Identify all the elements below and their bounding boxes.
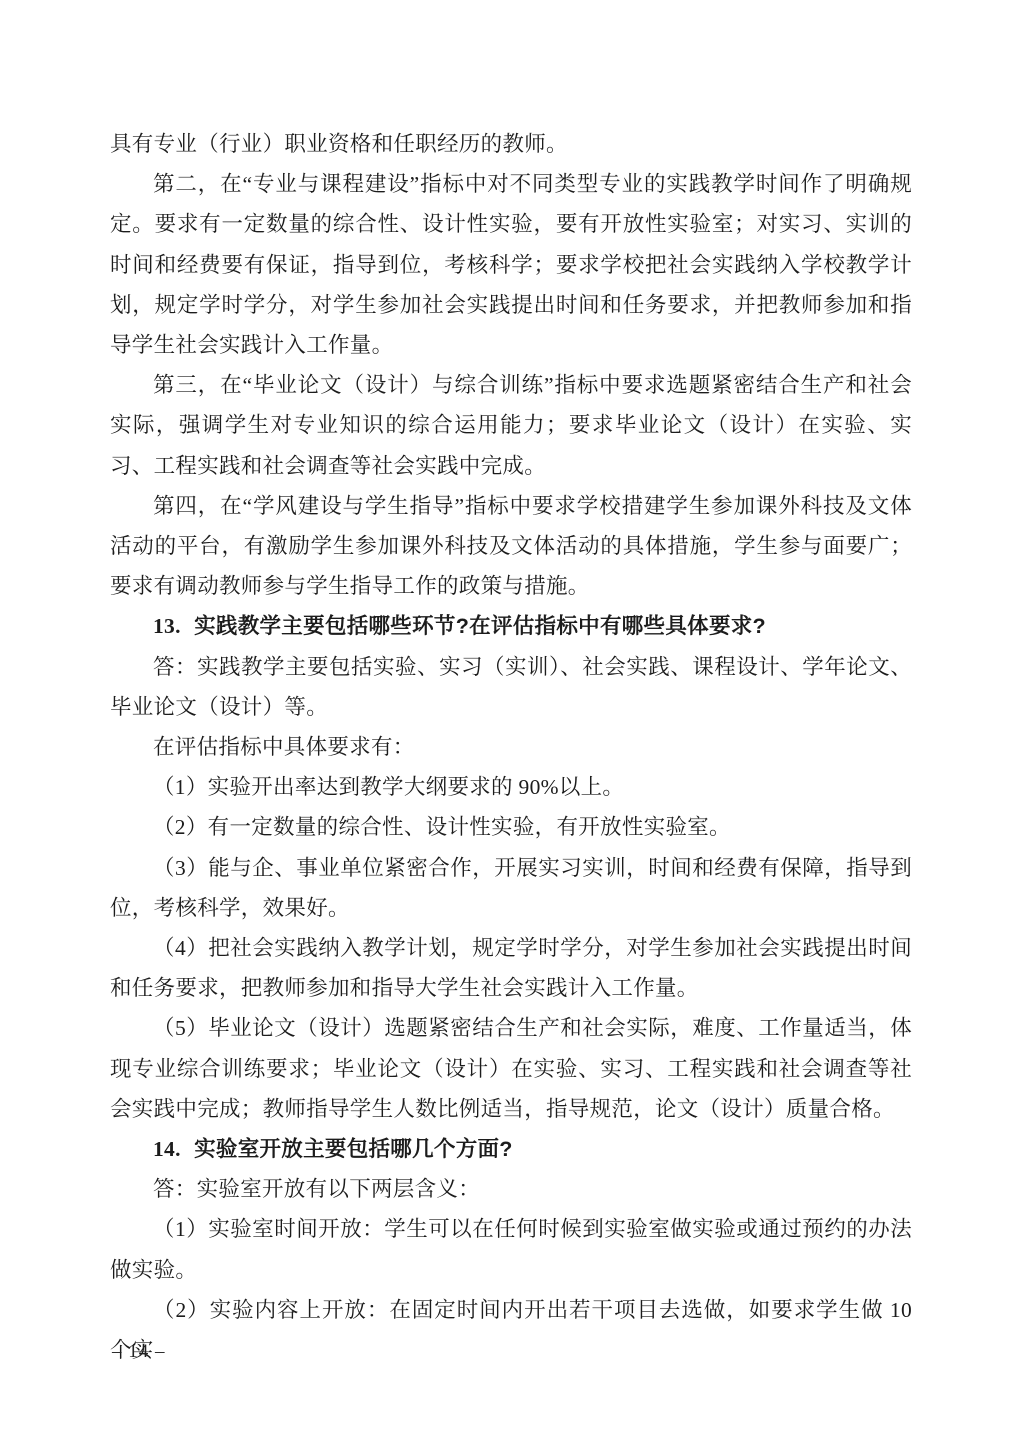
question-13-text: 实践教学主要包括哪些环节?在评估指标中有哪些具体要求? — [194, 614, 766, 638]
question-13-number: 13. — [153, 614, 181, 638]
requirement-item-2: （2）有一定数量的综合性、设计性实验，有开放性实验室。 — [110, 807, 912, 847]
paragraph-point-4: 第四，在“学风建设与学生指导”指标中要求学校措建学生参加课外科技及文体活动的平台… — [110, 486, 912, 607]
open-lab-item-2: （2）实验内容上开放：在固定时间内开出若干项目去选做，如要求学生做 10 个实 — [110, 1290, 912, 1370]
requirements-intro: 在评估指标中具体要求有： — [110, 727, 912, 767]
requirement-item-5: （5）毕业论文（设计）选题紧密结合生产和社会实际，难度、工作量适当，体现专业综合… — [110, 1008, 912, 1129]
question-14-number: 14. — [153, 1137, 181, 1161]
requirement-item-3: （3）能与企、事业单位紧密合作，开展实习实训，时间和经费有保障，指导到位，考核科… — [110, 848, 912, 928]
question-14-text: 实验室开放主要包括哪几个方面? — [194, 1137, 513, 1161]
open-lab-item-1: （1）实验室时间开放：学生可以在任何时候到实验室做实验或通过预约的办法做实验。 — [110, 1209, 912, 1289]
document-page: 具有专业（行业）职业资格和任职经历的教师。 第二，在“专业与课程建设”指标中对不… — [0, 0, 1024, 1447]
requirement-item-4: （4）把社会实践纳入教学计划，规定学时学分，对学生参加社会实践提出时间和任务要求… — [110, 928, 912, 1008]
paragraph-point-3: 第三，在“毕业论文（设计）与综合训练”指标中要求选题紧密结合生产和社会实际，强调… — [110, 365, 912, 486]
answer-13-intro: 答：实践教学主要包括实验、实习（实训）、社会实践、课程设计、学年论文、毕业论文（… — [110, 647, 912, 727]
paragraph-point-2: 第二，在“专业与课程建设”指标中对不同类型专业的实践教学时间作了明确规定。要求有… — [110, 164, 912, 365]
paragraph-continuation: 具有专业（行业）职业资格和任职经历的教师。 — [110, 124, 912, 164]
requirement-item-1: （1）实验开出率达到教学大纲要求的 90%以上。 — [110, 767, 912, 807]
page-number: – 14 – — [112, 1340, 166, 1364]
page-content: 具有专业（行业）职业资格和任职经历的教师。 第二，在“专业与课程建设”指标中对不… — [110, 124, 912, 1370]
answer-14-intro: 答：实验室开放有以下两层含义： — [110, 1169, 912, 1209]
question-13-heading: 13.实践教学主要包括哪些环节?在评估指标中有哪些具体要求? — [110, 606, 912, 646]
question-14-heading: 14.实验室开放主要包括哪几个方面? — [110, 1129, 912, 1169]
